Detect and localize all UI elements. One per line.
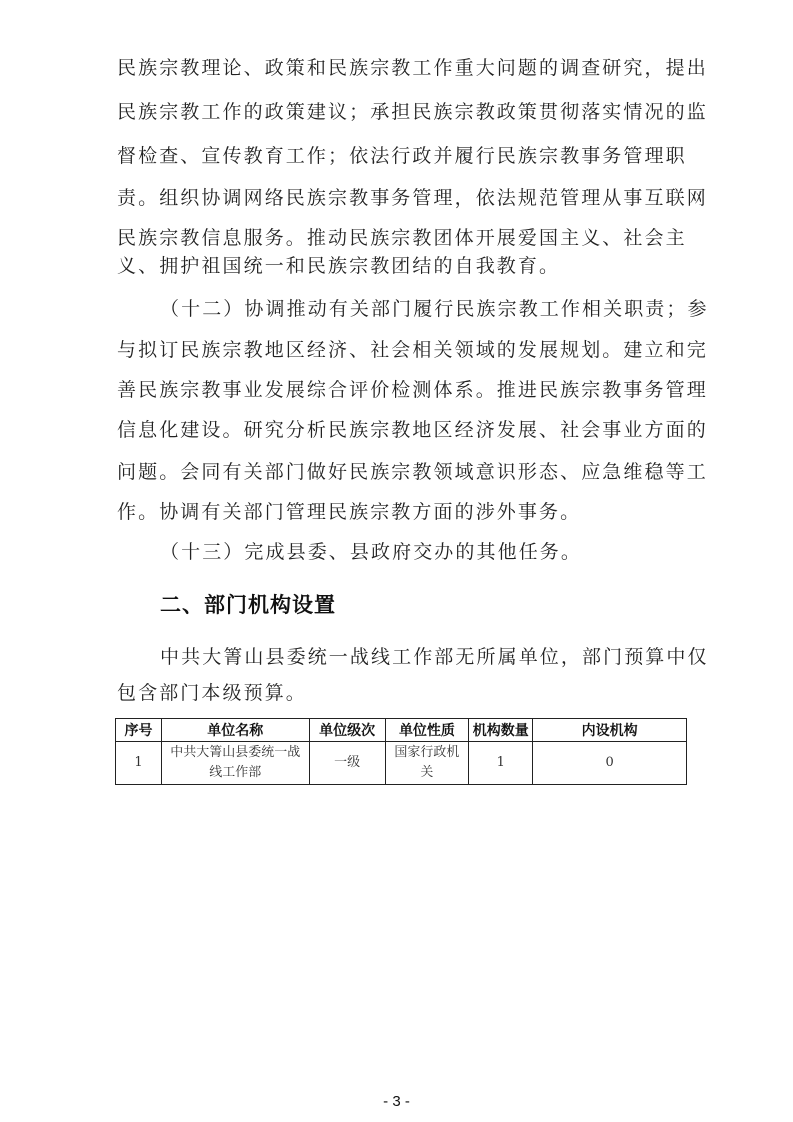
cell-unit-name-line2: 线工作部 (164, 763, 307, 783)
paragraph-12-first-line: （十二）协调推动有关部门履行民族宗教工作相关职责；参 (160, 297, 687, 321)
cell-internal-orgs: 0 (533, 742, 687, 785)
section-intro-line: 中共大箐山县委统一战线工作部无所属单位，部门预算中仅 (160, 645, 687, 669)
col-header-unit-nature: 单位性质 (385, 719, 469, 742)
body-text-line: 义、拥护祖国统一和民族宗教团结的自我教育。 (117, 254, 687, 278)
cell-org-count: 1 (469, 742, 533, 785)
table-row: 1 中共大箐山县委统一战 线工作部 一级 国家行政机 关 1 0 (116, 742, 687, 785)
body-text-line: 善民族宗教事业发展综合评价检测体系。推进民族宗教事务管理 (117, 378, 687, 402)
col-header-unit-level: 单位级次 (309, 719, 385, 742)
col-header-index: 序号 (116, 719, 162, 742)
col-header-unit-name: 单位名称 (161, 719, 309, 742)
page-number: - 3 - (0, 1093, 793, 1110)
body-text-line: 作。协调有关部门管理民族宗教方面的涉外事务。 (117, 500, 687, 524)
col-header-internal-orgs: 内设机构 (533, 719, 687, 742)
col-header-org-count: 机构数量 (469, 719, 533, 742)
body-text-line: 民族宗教信息服务。推动民族宗教团体开展爱国主义、社会主 (117, 226, 687, 250)
section-intro-line: 包含部门本级预算。 (117, 681, 687, 705)
body-text-line: 责。组织协调网络民族宗教事务管理，依法规范管理从事互联网 (117, 186, 687, 210)
cell-unit-name-line1: 中共大箐山县委统一战 (164, 743, 307, 763)
cell-unit-nature: 国家行政机 关 (385, 742, 469, 785)
paragraph-13: （十三）完成县委、县政府交办的其他任务。 (160, 540, 687, 564)
cell-unit-nature-line2: 关 (388, 763, 467, 783)
org-structure-table: 序号 单位名称 单位级次 单位性质 机构数量 内设机构 1 中共大箐山县委统一战… (115, 718, 687, 785)
body-text-line: 督检查、宣传教育工作；依法行政并履行民族宗教事务管理职 (117, 144, 687, 168)
cell-unit-name: 中共大箐山县委统一战 线工作部 (161, 742, 309, 785)
section-heading: 二、部门机构设置 (160, 592, 336, 618)
body-text-line: 信息化建设。研究分析民族宗教地区经济发展、社会事业方面的 (117, 418, 687, 442)
body-text-line: 问题。会同有关部门做好民族宗教领域意识形态、应急维稳等工 (117, 460, 687, 484)
cell-unit-nature-line1: 国家行政机 (388, 743, 467, 763)
body-text-line: 民族宗教工作的政策建议；承担民族宗教政策贯彻落实情况的监 (117, 100, 687, 124)
body-text-line: 民族宗教理论、政策和民族宗教工作重大问题的调查研究，提出 (117, 56, 687, 80)
cell-index: 1 (116, 742, 162, 785)
table-header-row: 序号 单位名称 单位级次 单位性质 机构数量 内设机构 (116, 719, 687, 742)
body-text-line: 与拟订民族宗教地区经济、社会相关领域的发展规划。建立和完 (117, 338, 687, 362)
cell-unit-level: 一级 (309, 742, 385, 785)
